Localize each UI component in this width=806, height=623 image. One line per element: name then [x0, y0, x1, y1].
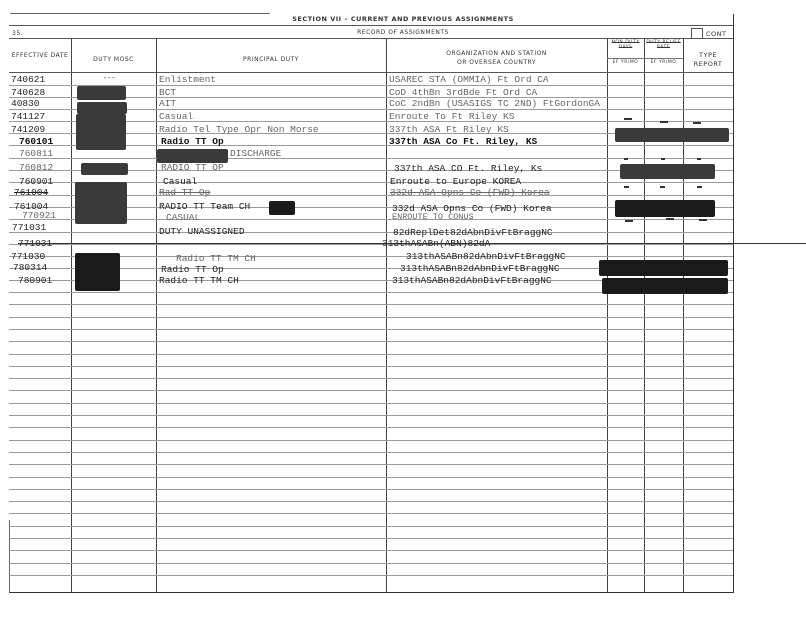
row-org: Enroute To Ft Riley KS [389, 111, 514, 122]
row-duty: Enlistment [159, 74, 216, 85]
header-organization-line1: ORGANIZATION AND STATION [386, 49, 607, 58]
right-border [733, 14, 734, 593]
header-col-a-struck: NON DUTY DAYS [607, 40, 644, 50]
ruled-line [9, 390, 733, 391]
row-duty: RADIO TT Team CH [159, 201, 250, 212]
ruled-line [9, 501, 733, 502]
redaction [77, 86, 126, 100]
ruled-line [9, 427, 733, 428]
ruled-line [9, 317, 733, 318]
row-org: ENROUTE TO CONUS [392, 212, 474, 223]
row-org: 313thASABn82dAbnDivFtBraggNC [406, 251, 566, 262]
row-org: 332d ASA Opns Co (FWD) Korea [390, 187, 550, 198]
cont-label: CONT [706, 30, 727, 38]
row-date: 760101 [19, 136, 53, 147]
bottom-border [9, 592, 734, 593]
row-duty: DISCHARGE [230, 148, 281, 159]
redaction [157, 149, 228, 163]
header-col-b-struck: DUTY RELIEF RATE [644, 40, 683, 50]
ruled-line [9, 513, 733, 514]
row-duty: Rad TT Op [159, 187, 210, 198]
row-date: 770921 [22, 210, 56, 221]
row-date: 740628 [11, 87, 45, 98]
header-duty-mosc: DUTY MOSC [71, 55, 156, 64]
ruled-line [9, 477, 733, 478]
row-date: 771030 [11, 251, 45, 262]
row-duty: AIT [159, 98, 176, 109]
row-org: 337th ASA Ft Riley KS [389, 124, 509, 135]
row-mosc: --- [103, 74, 116, 85]
redaction [269, 201, 295, 215]
header-organization: ORGANIZATION AND STATION OR OVERSEA COUN… [386, 49, 607, 67]
row-date: 780901 [18, 275, 52, 286]
dash-mark [661, 158, 665, 160]
dash-mark [624, 118, 632, 120]
redaction [602, 278, 728, 294]
dash-mark [693, 122, 701, 124]
row-duty: Casual [163, 176, 197, 187]
redaction [615, 200, 715, 217]
row-org: USAREC STA (OMMIA) Ft Ord CA [389, 74, 549, 85]
row-org: CoD 4thBn 3rdBde Ft Ord CA [389, 87, 537, 98]
ruled-line [9, 452, 733, 453]
row-duty: Radio TT Op [161, 264, 224, 275]
section-divider [18, 243, 806, 244]
dash-mark [666, 218, 674, 220]
ruled-line [9, 378, 733, 379]
row-org: 313thASABn82dAbnDivFtBraggNC [400, 263, 560, 274]
row-date: 761004 [14, 187, 48, 198]
ruled-line [9, 232, 733, 233]
ruled-line [9, 538, 733, 539]
ruled-line [9, 366, 733, 367]
redaction [615, 128, 729, 142]
ruled-line [9, 526, 733, 527]
ruled-line [9, 415, 733, 416]
row-org: CoC 2ndBn (USASIGS TC 2ND) FtGordonGA [389, 98, 600, 109]
dash-mark [624, 158, 628, 160]
left-border [9, 520, 10, 593]
ruled-line [9, 464, 733, 465]
row-duty: RADIO TT OP [161, 162, 224, 173]
header-effective-date: EFFECTIVE DATE [9, 51, 71, 60]
redaction [77, 102, 127, 114]
ruled-line [9, 403, 733, 404]
divider [9, 25, 733, 26]
redaction [75, 253, 120, 291]
dash-mark [660, 186, 665, 188]
row-duty: Radio TT TM CH [176, 253, 256, 264]
row-org: 82dReplDet82dAbnDivFtBraggNC [393, 227, 553, 238]
header-type-report-line1: TYPE [683, 51, 733, 60]
redaction [599, 260, 728, 276]
ruled-line [9, 489, 733, 490]
dash-mark [697, 186, 702, 188]
redaction [620, 164, 715, 179]
ruled-line [9, 575, 733, 576]
header-type-report-line2: REPORT [683, 60, 733, 69]
row-duty: Radio TT Op [161, 136, 224, 147]
divider [9, 38, 733, 39]
row-duty: Radio TT TM CH [159, 275, 239, 286]
row-date: 741127 [11, 111, 45, 122]
top-rule [10, 13, 270, 14]
row-duty: Casual [159, 111, 193, 122]
header-bottom-divider [9, 72, 733, 73]
row-org: 337th ASA CO Ft. Riley, Ks [394, 163, 542, 174]
header-col-a-sub: EF YR/MO [607, 60, 644, 66]
row-duty: DUTY UNASSIGNED [159, 226, 245, 237]
ruled-line [9, 244, 733, 245]
row-date: 40830 [11, 98, 40, 109]
header-principal-duty: PRINCIPAL DUTY [156, 55, 386, 64]
row-date: 760811 [19, 148, 53, 159]
ruled-line [9, 329, 733, 330]
ruled-line [9, 550, 733, 551]
dash-mark [625, 220, 633, 222]
row-duty: CASUAL [166, 212, 200, 223]
row-date: 780314 [13, 262, 47, 273]
row-date: 760901 [19, 176, 53, 187]
dash-mark [624, 186, 629, 188]
redaction [81, 163, 128, 175]
redaction [75, 182, 127, 224]
header-type-report: TYPE REPORT [683, 51, 733, 69]
ruled-line [9, 304, 733, 305]
dash-mark [699, 219, 707, 221]
row-duty: BCT [159, 87, 176, 98]
header-organization-line2: OR OVERSEA COUNTRY [386, 58, 607, 67]
record-title: RECORD OF ASSIGNMENTS [0, 29, 806, 36]
row-date: 741209 [11, 124, 45, 135]
row-org: 337th ASA Co Ft. Riley, KS [389, 136, 537, 147]
row-date: 740621 [11, 74, 45, 85]
ruled-line [9, 563, 733, 564]
dash-mark [697, 158, 701, 160]
row-date: 760812 [19, 162, 53, 173]
row-date: 771031 [12, 222, 46, 233]
ruled-line [9, 440, 733, 441]
redaction [76, 114, 126, 150]
row-duty: Radio Tel Type Opr Non Morse [159, 124, 319, 135]
divider [607, 58, 683, 59]
header-col-b-sub: EF YR/MO [644, 60, 683, 66]
row-org: Enroute to Europe KOREA [390, 176, 521, 187]
dash-mark [660, 121, 668, 123]
ruled-line [9, 354, 733, 355]
row-org: 313thASABn82dAbnDivFtBraggNC [392, 275, 552, 286]
section-title: SECTION VII – CURRENT AND PREVIOUS ASSIG… [0, 15, 806, 23]
ruled-line [9, 341, 733, 342]
